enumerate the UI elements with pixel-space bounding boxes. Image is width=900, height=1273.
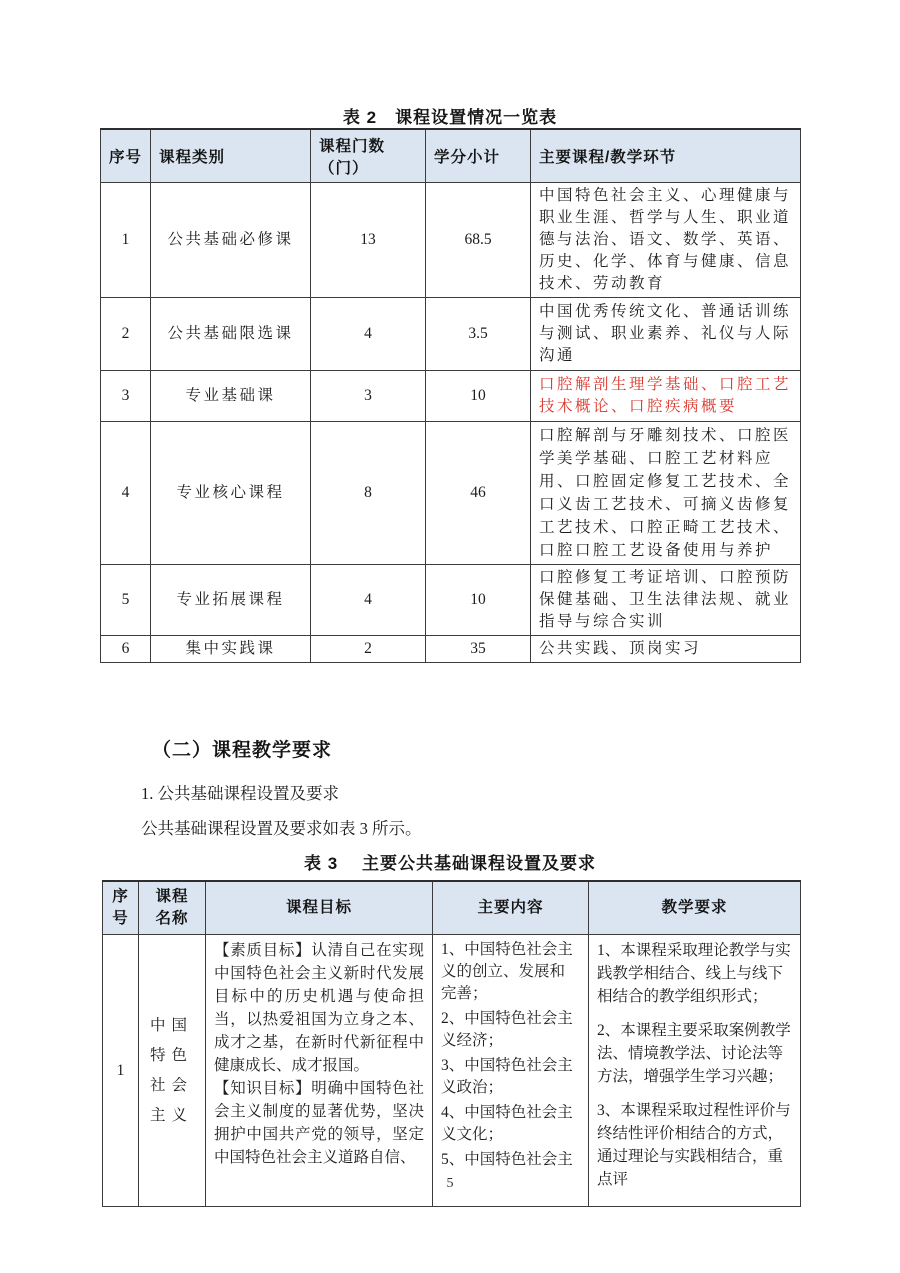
table3-header-objectives: 课程目标 [206, 881, 433, 935]
table-row: 2 公共基础限选课 4 3.5 中国优秀传统文化、普通话训练与测试、职业素养、礼… [101, 298, 801, 371]
table2-course-overview: 序号 课程类别 课程门数（门） 学分小计 主要课程/教学环节 1 公共基础必修课… [100, 128, 801, 663]
table-row: 3 专业基础课 3 10 口腔解剖生理学基础、口腔工艺技术概论、口腔疾病概要 [101, 371, 801, 422]
table3-header-content: 主要内容 [433, 881, 589, 935]
cell-teaching-requirements: 1、本课程采取理论教学与实践教学相结合、线上与线下相结合的教学组织形式； 2、本… [589, 935, 801, 1207]
cell-courses: 口腔解剖与牙雕刻技术、口腔医学美学基础、口腔工艺材料应用、口腔固定修复工艺技术、… [531, 422, 801, 565]
table2-header-row: 序号 课程类别 课程门数（门） 学分小计 主要课程/教学环节 [101, 129, 801, 183]
cell-count: 4 [311, 298, 426, 371]
content-item: 3、中国特色社会主义政治； [441, 1055, 580, 1099]
cell-count: 2 [311, 636, 426, 663]
table3-header-name: 课程名称 [139, 881, 206, 935]
cell-category: 专业拓展课程 [151, 565, 311, 636]
requirement-item: 2、本课程主要采取案例教学法、情境教学法、讨论法等方法，增强学生学习兴趣； [597, 1019, 792, 1088]
cell-no: 2 [101, 298, 151, 371]
cell-courses: 中国优秀传统文化、普通话训练与测试、职业素养、礼仪与人际沟通 [531, 298, 801, 371]
page-number: 5 [100, 1176, 800, 1192]
cell-category: 集中实践课 [151, 636, 311, 663]
requirement-item: 1、本课程采取理论教学与实践教学相结合、线上与线下相结合的教学组织形式； [597, 939, 792, 1008]
cell-no: 3 [101, 371, 151, 422]
cell-no: 4 [101, 422, 151, 565]
course-name-text: 中国特色社会主义 [150, 1011, 194, 1131]
cell-courses: 公共实践、顶岗实习 [531, 636, 801, 663]
table2-header-count: 课程门数（门） [311, 129, 426, 183]
objectives-knowledge: 【知识目标】明确中国特色社会主义制度的显著优势，坚决拥护中国共产党的领导，坚定中… [214, 1077, 424, 1169]
table3-header-no: 序号 [103, 881, 139, 935]
cell-no: 1 [101, 183, 151, 298]
cell-credits: 35 [426, 636, 531, 663]
table2-header-category: 课程类别 [151, 129, 311, 183]
cell-count: 8 [311, 422, 426, 565]
body-paragraph: 公共基础课程设置及要求如表 3 所示。 [141, 815, 422, 839]
content-item: 4、中国特色社会主义文化； [441, 1102, 580, 1146]
cell-course-name: 中国特色社会主义 [139, 935, 206, 1207]
cell-courses: 口腔修复工考证培训、口腔预防保健基础、卫生法律法规、就业指导与综合实训 [531, 565, 801, 636]
cell-no: 1 [103, 935, 139, 1207]
cell-category: 公共基础必修课 [151, 183, 311, 298]
section-sub-heading: 1. 公共基础课程设置及要求 [141, 780, 339, 804]
cell-count: 13 [311, 183, 426, 298]
cell-category: 公共基础限选课 [151, 298, 311, 371]
table2-title: 表 2 课程设置情况一览表 [100, 103, 800, 128]
table2-header-credits: 学分小计 [426, 129, 531, 183]
cell-count: 3 [311, 371, 426, 422]
cell-category: 专业核心课程 [151, 422, 311, 565]
table2-header-courses: 主要课程/教学环节 [531, 129, 801, 183]
table3-header-requirements: 教学要求 [589, 881, 801, 935]
table-row: 5 专业拓展课程 4 10 口腔修复工考证培训、口腔预防保健基础、卫生法律法规、… [101, 565, 801, 636]
cell-no: 6 [101, 636, 151, 663]
table-row: 1 中国特色社会主义 【素质目标】认清自己在实现中国特色社会主义新时代发展目标中… [103, 935, 801, 1207]
table-row: 4 专业核心课程 8 46 口腔解剖与牙雕刻技术、口腔医学美学基础、口腔工艺材料… [101, 422, 801, 565]
content-item: 1、中国特色社会主义的创立、发展和完善； [441, 939, 580, 1005]
section-heading: （二）课程教学要求 [152, 735, 332, 762]
cell-count: 4 [311, 565, 426, 636]
cell-credits: 3.5 [426, 298, 531, 371]
cell-courses-highlighted: 口腔解剖生理学基础、口腔工艺技术概论、口腔疾病概要 [531, 371, 801, 422]
table3-title: 表 3 主要公共基础课程设置及要求 [100, 849, 800, 874]
table3-public-basic-courses: 序号 课程名称 课程目标 主要内容 教学要求 1 中国特色社会主义 【素质目标】… [102, 880, 801, 1207]
content-item: 2、中国特色社会主义经济； [441, 1008, 580, 1052]
content-item: 5、中国特色社会主 [441, 1149, 580, 1171]
cell-objectives: 【素质目标】认清自己在实现中国特色社会主义新时代发展目标中的历史机遇与使命担当，… [206, 935, 433, 1207]
cell-main-content: 1、中国特色社会主义的创立、发展和完善； 2、中国特色社会主义经济； 3、中国特… [433, 935, 589, 1207]
table2-header-no: 序号 [101, 129, 151, 183]
table3-header-row: 序号 课程名称 课程目标 主要内容 教学要求 [103, 881, 801, 935]
table-row: 6 集中实践课 2 35 公共实践、顶岗实习 [101, 636, 801, 663]
table-row: 1 公共基础必修课 13 68.5 中国特色社会主义、心理健康与职业生涯、哲学与… [101, 183, 801, 298]
objectives-quality: 【素质目标】认清自己在实现中国特色社会主义新时代发展目标中的历史机遇与使命担当，… [214, 939, 424, 1077]
cell-credits: 10 [426, 371, 531, 422]
cell-credits: 10 [426, 565, 531, 636]
cell-credits: 46 [426, 422, 531, 565]
document-page: 表 2 课程设置情况一览表 序号 课程类别 课程门数（门） 学分小计 主要课程/… [0, 0, 900, 1273]
cell-no: 5 [101, 565, 151, 636]
cell-credits: 68.5 [426, 183, 531, 298]
cell-category: 专业基础课 [151, 371, 311, 422]
cell-courses: 中国特色社会主义、心理健康与职业生涯、哲学与人生、职业道德与法治、语文、数学、英… [531, 183, 801, 298]
